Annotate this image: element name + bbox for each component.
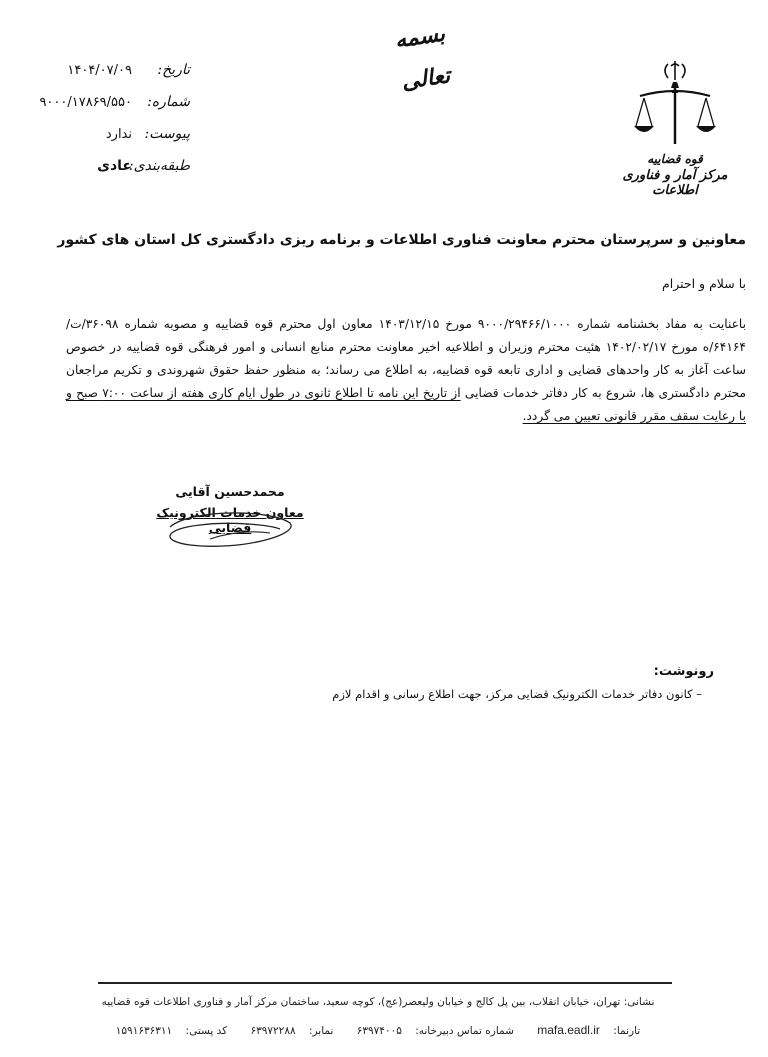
judiciary-logo: قوه قضاییه مرکز آمار و فناوری اطلاعات bbox=[600, 58, 750, 198]
greeting: با سلام و احترام bbox=[662, 276, 746, 291]
recipient-heading: معاونین و سرپرستان محترم معاونت فناوری ا… bbox=[66, 232, 746, 248]
footer-divider bbox=[98, 982, 672, 984]
number-value: ۹۰۰۰/۱۷۸۶۹/۵۵۰ bbox=[39, 95, 138, 110]
scales-of-justice-emblem-icon bbox=[630, 58, 720, 150]
meta-date-row: تاریخ: ۱۴۰۴/۰۷/۰۹ bbox=[0, 62, 190, 94]
date-label: تاریخ: bbox=[138, 62, 190, 78]
classification-label: طبقه‌بندی: bbox=[138, 158, 190, 174]
signer-name: محمدحسین آقایی bbox=[135, 484, 325, 499]
meta-attachment-row: پیوست: ندارد bbox=[0, 126, 190, 158]
classification-value: عادی bbox=[97, 158, 138, 174]
date-value: ۱۴۰۴/۰۷/۰۹ bbox=[67, 63, 138, 78]
website-label: تارنما: bbox=[613, 1025, 640, 1037]
cc-title: رونوشت: bbox=[654, 664, 714, 679]
logo-line-center: مرکز آمار و فناوری اطلاعات bbox=[600, 168, 750, 198]
fax-group: نمابر: ۶۳۹۷۲۲۸۸ bbox=[245, 1025, 338, 1037]
letter-meta: تاریخ: ۱۴۰۴/۰۷/۰۹ شماره: ۹۰۰۰/۱۷۸۶۹/۵۵۰ … bbox=[0, 62, 190, 190]
postal-value: ۱۵۹۱۶۳۶۳۱۱ bbox=[116, 1025, 172, 1037]
fax-value: ۶۳۹۷۲۲۸۸ bbox=[250, 1025, 295, 1037]
letter-body: باعنایت به مفاد بخشنامه شماره ۹۰۰۰/۲۹۴۶۶… bbox=[66, 313, 746, 428]
website-link[interactable]: mafa.eadl.ir bbox=[537, 1023, 600, 1037]
meta-classification-row: طبقه‌بندی: عادی bbox=[0, 158, 190, 190]
number-label: شماره: bbox=[138, 94, 190, 110]
postal-group: کد پستی: ۱۵۹۱۶۳۶۳۱۱ bbox=[111, 1025, 232, 1037]
attachment-value: ندارد bbox=[106, 127, 138, 142]
footer-contact: تارنما: mafa.eadl.ir شماره تماس دبیرخانه… bbox=[98, 1023, 658, 1037]
phone-group: شماره تماس دبیرخانه: ۶۳۹۷۴۰۰۵ bbox=[352, 1025, 519, 1037]
website-group: تارنما: mafa.eadl.ir bbox=[532, 1025, 645, 1037]
attachment-label: پیوست: bbox=[138, 126, 190, 142]
phone-value: ۶۳۹۷۴۰۰۵ bbox=[357, 1025, 402, 1037]
logo-line-judiciary: قوه قضاییه bbox=[600, 152, 750, 166]
handwritten-signature-icon bbox=[150, 505, 310, 555]
phone-label: شماره تماس دبیرخانه: bbox=[415, 1025, 514, 1037]
meta-number-row: شماره: ۹۰۰۰/۱۷۸۶۹/۵۵۰ bbox=[0, 94, 190, 126]
postal-label: کد پستی: bbox=[186, 1025, 228, 1037]
footer-address: نشانی: تهران، خیابان انقلاب، بین پل کالج… bbox=[98, 996, 658, 1008]
cc-item: – کانون دفاتر خدمات الکترونیک قضایی مرکز… bbox=[332, 687, 702, 701]
bismillah-heading: بسمه تعالی bbox=[392, 13, 447, 62]
fax-label: نمابر: bbox=[309, 1025, 333, 1037]
